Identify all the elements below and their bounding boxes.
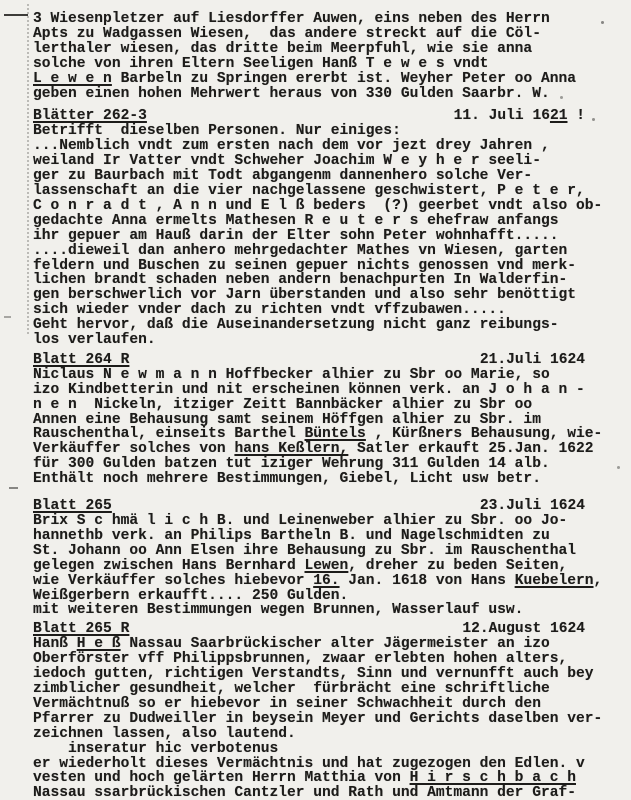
text-segment: Apts zu Wadgassen Wiesen, das andere str… [33,26,541,42]
text-segment: hans Keßlern, [234,441,348,457]
text-segment: wie Verkäuffer solches hiebevor [33,573,313,589]
text-segment: Nassau ssarbrückischen Cantzler und Rath… [33,785,576,800]
text-segment: für 300 Gulden batzen tut iziger Wehrung… [33,456,550,472]
text-segment: Oberförster vff Philippsbrunnen, zwaar e… [33,651,567,667]
text-segment: H e ß [77,636,121,652]
text-line: Niclaus N e w m a n n Hoffbecker alhier … [33,368,613,383]
scan-artifact-tick [9,487,18,489]
text-line: ...Nemblich vndt zum ersten nach dem vor… [33,139,613,154]
text-line: C o n r a d t , A n n und E l ß beders (… [33,199,613,214]
text-line: lassenschaft an die vier nachgelassene g… [33,184,613,199]
text-line: iedoch gutten, richtigen Verstandts, Sin… [33,667,613,682]
text-line: izo Kindbetterin und nit erscheinen könn… [33,383,613,398]
text-segment: St. Johann oo Ann Elsen ihre Behausung z… [33,543,576,559]
text-segment: ! [567,108,585,124]
text-line: Hanß H e ß Nassau Saarbrückischer alter … [33,637,613,652]
text-segment: Satler erkauft 25.Jan. 1622 [348,441,593,457]
text-segment: Verkäuffer solches von [33,441,234,457]
text-segment: 21.Juli 1624 [480,352,585,368]
text-line: hannethb verk. an Philips Bartheln B. un… [33,529,613,544]
entry-heading: Blatt 264 R [33,353,129,368]
entry-date: 23.Juli 1624 [480,499,585,514]
text-line: Nassau ssarbrückischen Cantzler und Rath… [33,786,613,800]
text-segment: geben einen hohen Mehrwert heraus von 33… [33,86,550,102]
text-line: n e n Nickeln, itziger Zeitt Bannbäcker … [33,398,613,413]
text-line: Apts zu Wadgassen Wiesen, das andere str… [33,27,613,42]
text-line: 3 Wiesenpletzer auf Liesdorffer Auwen, e… [33,12,613,27]
text-line: gelegen zwischen Hans Bernhard Lewen, dr… [33,559,613,574]
text-segment: gen berschwerlich vor Jarn überstanden u… [33,287,576,303]
text-segment: izo Kindbetterin und nit erscheinen könn… [33,382,585,398]
text-segment: Barbeln zu Springen ererbt ist. Weyher P… [112,71,576,87]
document-page: 3 Wiesenpletzer auf Liesdorffer Auwen, e… [0,0,631,800]
entry-date: 21.Juli 1624 [480,353,585,368]
text-line: sich wieder vnder dach zu richten vndt v… [33,303,613,318]
scan-artifact-speck [4,316,11,318]
text-segment: 12.August 1624 [462,621,585,637]
entry-heading: Blatt 265 R [33,622,129,637]
text-segment: mit weiteren Bestimmungen wegen Brunnen,… [33,602,523,618]
text-segment: lerthaler wiesen, das dritte beim Meerpf… [33,41,532,57]
text-segment: Jan. 1618 von Hans [340,573,515,589]
register-entry: 3 Wiesenpletzer auf Liesdorffer Auwen, e… [33,12,613,101]
text-segment: ...Nemblich vndt zum ersten nach dem vor… [33,138,550,154]
text-segment: ....dieweil dan anhero mehrgedachter Mat… [33,243,567,259]
text-segment: iedoch gutten, richtigen Verstandts, Sin… [33,666,594,682]
text-segment: Nassau Saarbrückischer alter Jägermeiste… [121,636,550,652]
text-segment: zimblicher gesundheit, welcher fürbrächt… [33,681,550,697]
text-line: Pfarrer zu Dudweiller in beysein Meyer u… [33,712,613,727]
text-segment: weiland Ir Vatter vndt Schweher Joachim … [33,153,541,169]
text-line: ihr gepuer am Hauß darin der Elter sohn … [33,229,613,244]
text-segment: 11. Juli 16 [454,108,550,124]
typewritten-text: 3 Wiesenpletzer auf Liesdorffer Auwen, e… [33,12,613,800]
text-line: Enthält noch mehrere Bestimmungen, Giebe… [33,472,613,487]
text-line: lerthaler wiesen, das dritte beim Meerpf… [33,42,613,57]
text-line: Brix S c hmä l i c h B. und Leinenweber … [33,514,613,529]
entry-date: 11. Juli 1621 ! [454,109,585,124]
text-line: Oberförster vff Philippsbrunnen, zwaar e… [33,652,613,667]
entry-date: 12.August 1624 [462,622,585,637]
text-segment: inseratur hic verbotenus [33,741,278,757]
text-segment: solche von ihren Eltern Seeligen Hanß T … [33,56,488,72]
register-entry: Blatt 26523.Juli 1624Brix S c hmä l i c … [33,499,613,618]
text-segment: vesten und hoch gelärten Herrn Matthia v… [33,770,410,786]
text-segment: H i r s c h b a c h [410,770,576,786]
text-line: gedachte Anna ermelts Mathesen R e u t e… [33,214,613,229]
text-line: für 300 Gulden batzen tut iziger Wehrung… [33,457,613,472]
text-line: wie Verkäuffer solches hiebevor 16. Jan.… [33,574,613,589]
text-segment: lassenschaft an die vier nachgelassene g… [33,183,585,199]
text-line: inseratur hic verbotenus [33,742,613,757]
text-segment: , dreher zu beden Seiten, [348,558,567,574]
text-segment: L e w e n [33,71,112,87]
scan-artifact-margin-line [27,4,29,334]
text-line: zeichnen lassen, also lautend. [33,727,613,742]
scan-artifact-speck [617,466,620,469]
register-entry: Blätter 262-311. Juli 1621 !Betrifft die… [33,109,613,348]
text-line: mit weiteren Bestimmungen wegen Brunnen,… [33,603,613,618]
register-entry: Blatt 265 R12.August 1624Hanß H e ß Nass… [33,622,613,800]
entry-header: Blatt 265 R12.August 1624 [33,622,585,637]
text-segment: n e n Nickeln, itziger Zeitt Bannbäcker … [33,397,532,413]
text-segment: 23.Juli 1624 [480,498,585,514]
text-segment: , [594,573,603,589]
text-segment: 16. [313,573,339,589]
text-line: gen berschwerlich vor Jarn überstanden u… [33,288,613,303]
text-segment: Vermächtnuß so er hiebevor in seiner Sch… [33,696,541,712]
text-line: Geht hervor, daß die Auseinandersetzung … [33,318,613,333]
text-segment: Niclaus N e w m a n n Hoffbecker alhier … [33,367,550,383]
text-segment: Enthält noch mehrere Bestimmungen, Giebe… [33,471,541,487]
text-segment: ger zu Baurbach mit Todt abgangenm danne… [33,168,532,184]
text-line: St. Johann oo Ann Elsen ihre Behausung z… [33,544,613,559]
text-segment: 3 Wiesenpletzer auf Liesdorffer Auwen, e… [33,11,550,27]
text-segment: Hanß [33,636,77,652]
text-line: solche von ihren Eltern Seeligen Hanß T … [33,57,613,72]
text-line: weiland Ir Vatter vndt Schweher Joachim … [33,154,613,169]
text-segment: Blatt 265 [33,498,112,514]
entry-header: Blatt 26523.Juli 1624 [33,499,585,514]
text-segment: gelegen zwischen Hans Bernhard [33,558,305,574]
text-segment: Blatt 264 R [33,352,129,368]
text-line: Vermächtnuß so er hiebevor in seiner Sch… [33,697,613,712]
text-segment: Brix S c hmä l i c h B. und Leinenweber … [33,513,567,529]
text-segment: Geht hervor, daß die Auseinandersetzung … [33,317,558,333]
text-line: zimblicher gesundheit, welcher fürbrächt… [33,682,613,697]
text-segment: sich wieder vnder dach zu richten vndt v… [33,302,506,318]
text-line: Betrifft dieselben Personen. Nur einiges… [33,124,613,139]
text-segment: Kuebelern [515,573,594,589]
text-segment: C o n r a d t , A n n und E l ß beders (… [33,198,602,214]
text-line: ger zu Baurbach mit Todt abgangenm danne… [33,169,613,184]
text-line: los verlaufen. [33,333,613,348]
text-segment: Lewen [305,558,349,574]
text-segment: ihr gepuer am Hauß darin der Elter sohn … [33,228,558,244]
text-segment: Blatt 265 R [33,621,129,637]
text-segment: lichen brandt schaden neben andern benac… [33,272,567,288]
entry-header: Blatt 264 R21.Juli 1624 [33,353,585,368]
text-segment: 21 [550,108,568,124]
text-segment: los verlaufen. [33,332,156,348]
entry-heading: Blatt 265 [33,499,112,514]
text-line: L e w e n Barbeln zu Springen ererbt ist… [33,72,613,87]
scan-artifact-dash [4,14,28,16]
text-segment: Betrifft dieselben Personen. Nur einiges… [33,123,401,139]
text-line: geben einen hohen Mehrwert heraus von 33… [33,87,613,102]
text-segment: zeichnen lassen, also lautend. [33,726,296,742]
text-segment: Pfarrer zu Dudweiller in beysein Meyer u… [33,711,602,727]
text-line: ....dieweil dan anhero mehrgedachter Mat… [33,244,613,259]
text-segment: gedachte Anna ermelts Mathesen R e u t e… [33,213,558,229]
text-segment: hannethb verk. an Philips Bartheln B. un… [33,528,550,544]
register-entry: Blatt 264 R21.Juli 1624Niclaus N e w m a… [33,353,613,487]
